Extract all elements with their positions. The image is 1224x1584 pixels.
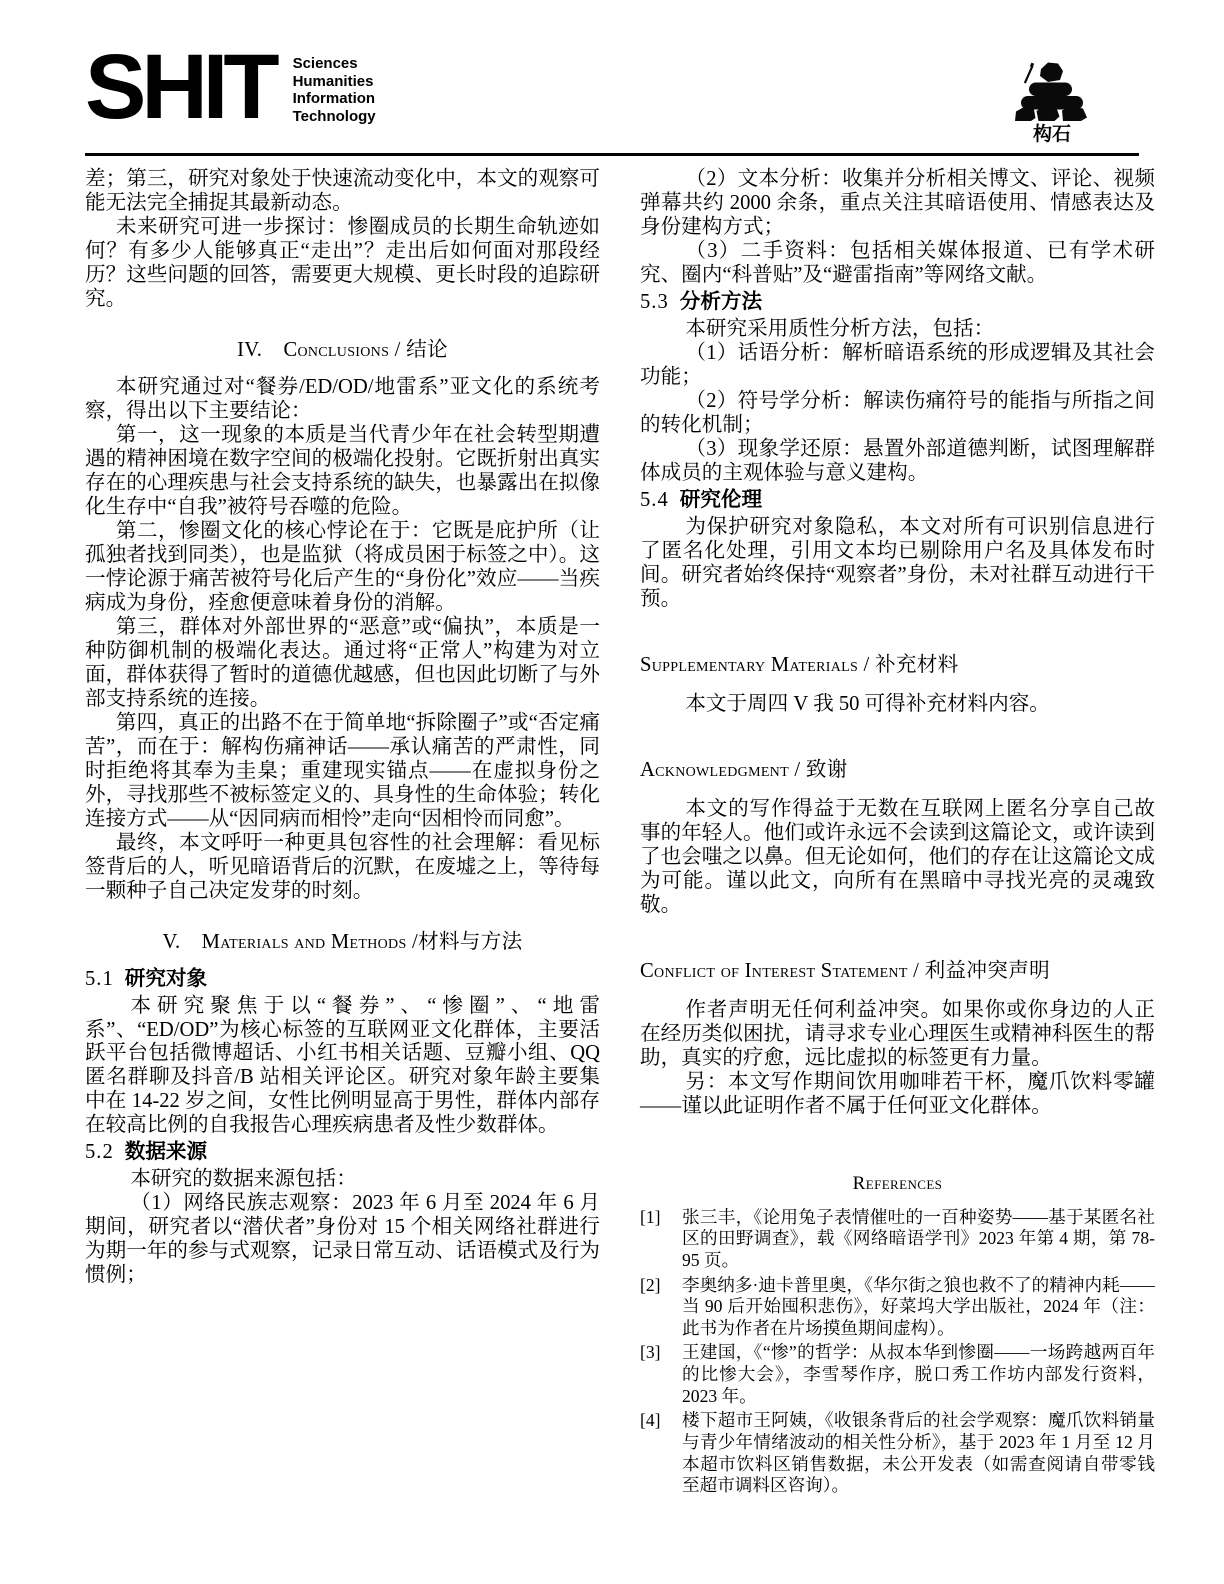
paragraph-conclusions-intro: 本研究通过对“餐券/ED/OD/地雷系”亚文化的系统考察，得出以下主要结论： xyxy=(85,376,600,424)
paragraph-acknowledgment: 本文的写作得益于无数在互联网上匿名分享自己故事的年轻人。他们或许永远不会读到这篇… xyxy=(640,798,1155,918)
publisher-name: 构石 xyxy=(1012,125,1092,144)
subsection-heading-research-subjects: 5.1研究对象 xyxy=(85,968,600,992)
publisher-mark: 构石 xyxy=(1012,60,1092,144)
left-column: 差；第三，研究对象处于快速流动变化中，本文的观察可能无法完全捕捉其最新动态。 未… xyxy=(85,168,600,1500)
reference-text: 楼下超市王阿姨，《收银条背后的社会学观察：魔爪饮料销量与青少年情绪波动的相关性分… xyxy=(667,1410,1155,1497)
paragraph-data-source-3: （3）二手资料：包括相关媒体报道、已有学术研究、圈内“科普贴”及“避雷指南”等网… xyxy=(640,240,1155,288)
subsection-number: 5.2 xyxy=(85,1141,114,1163)
paragraph-conclusion-3: 第三，群体对外部世界的“恶意”或“偏执”，本质是一种防御机制的极端化表达。通过将… xyxy=(85,616,600,712)
reference-text: 李奥纳多·迪卡普里奥，《华尔街之狼也救不了的精神内耗——当 90 后开始囤积悲伤… xyxy=(667,1275,1155,1340)
article-body: 差；第三，研究对象处于快速流动变化中，本文的观察可能无法完全捕捉其最新动态。 未… xyxy=(0,156,1224,1500)
stone-stack-icon xyxy=(1012,60,1092,123)
paragraph-analysis-1: （1）话语分析：解析暗语系统的形成逻辑及其社会功能； xyxy=(640,342,1155,390)
reference-item: [2] 李奥纳多·迪卡普里奥，《华尔街之狼也救不了的精神内耗——当 90 后开始… xyxy=(640,1275,1155,1340)
reference-item: [1] 张三丰，《论用兔子表情催吐的一百种姿势——基于某匿名社区的田野调查》，载… xyxy=(640,1207,1155,1272)
subsection-number: 5.3 xyxy=(640,291,669,313)
paragraph-conclusion-2: 第二，惨圈文化的核心悖论在于：它既是庇护所（让孤独者找到同类），也是监狱（将成员… xyxy=(85,520,600,616)
tagline-line: Technology xyxy=(293,108,376,126)
section-heading-conflict-of-interest: Conflict of Interest Statement / 利益冲突声明 xyxy=(640,960,1155,984)
journal-logo-text: SHIT xyxy=(85,50,275,125)
paragraph-future-research: 未来研究可进一步探讨：惨圈成员的长期生命轨迹如何？有多少人能够真正“走出”？走出… xyxy=(85,216,600,312)
journal-logo: SHIT Sciences Humanities Information Tec… xyxy=(85,50,376,126)
section-heading-materials-methods: V. Materials and Methods /材料与方法 xyxy=(85,931,600,955)
reference-number: [4] xyxy=(640,1410,667,1497)
reference-text: 张三丰，《论用兔子表情催吐的一百种姿势——基于某匿名社区的田野调查》，载《网络暗… xyxy=(667,1207,1155,1272)
reference-number: [2] xyxy=(640,1275,667,1340)
subsection-title: 研究对象 xyxy=(125,968,207,990)
subsection-heading-research-ethics: 5.4研究伦理 xyxy=(640,489,1155,513)
paragraph-data-sources-intro: 本研究的数据来源包括： xyxy=(85,1168,600,1192)
paragraph-conflict-statement: 作者声明无任何利益冲突。如果你或你身边的人正在经历类似困扰，请寻求专业心理医生或… xyxy=(640,999,1155,1071)
tagline-line: Information xyxy=(293,90,376,108)
page-header: SHIT Sciences Humanities Information Tec… xyxy=(0,0,1224,144)
reference-text: 王建国，《“惨”的哲学：从叔本华到惨圈——一场跨越两百年的比惨大会》，李雪琴作序… xyxy=(667,1342,1155,1407)
reference-number: [3] xyxy=(640,1342,667,1407)
references-list: [1] 张三丰，《论用兔子表情催吐的一百种姿势——基于某匿名社区的田野调查》，载… xyxy=(640,1207,1155,1497)
paragraph-data-source-2: （2）文本分析：收集并分析相关博文、评论、视频弹幕共约 2000 余条，重点关注… xyxy=(640,168,1155,240)
section-heading-acknowledgment: Acknowledgment / 致谢 xyxy=(640,759,1155,783)
reference-number: [1] xyxy=(640,1207,667,1272)
journal-page: SHIT Sciences Humanities Information Tec… xyxy=(0,0,1224,1584)
section-heading-supplementary: Supplementary Materials / 补充材料 xyxy=(640,654,1155,678)
paragraph-discussion-carryover: 差；第三，研究对象处于快速流动变化中，本文的观察可能无法完全捕捉其最新动态。 xyxy=(85,168,600,216)
subsection-title: 数据来源 xyxy=(125,1141,207,1163)
paragraph-conclusion-1: 第一，这一现象的本质是当代青少年在社会转型期遭遇的精神困境在数字空间的极端化投射… xyxy=(85,424,600,520)
section-heading-conclusions: IV. Conclusions / 结论 xyxy=(85,339,600,363)
paragraph-analysis-intro: 本研究采用质性分析方法，包括： xyxy=(640,318,1155,342)
paragraph-conclusion-final: 最终，本文呼吁一种更具包容性的社会理解：看见标签背后的人，听见暗语背后的沉默，在… xyxy=(85,832,600,904)
paragraph-analysis-2: （2）符号学分析：解读伤痛符号的能指与所指之间的转化机制； xyxy=(640,390,1155,438)
subsection-heading-data-sources: 5.2数据来源 xyxy=(85,1141,600,1165)
subsection-title: 研究伦理 xyxy=(680,489,762,511)
right-column: （2）文本分析：收集并分析相关博文、评论、视频弹幕共约 2000 余条，重点关注… xyxy=(640,168,1155,1500)
paragraph-research-ethics: 为保护研究对象隐私，本文对所有可识别信息进行了匿名化处理，引用文本均已剔除用户名… xyxy=(640,516,1155,612)
tagline-line: Humanities xyxy=(293,73,376,91)
paragraph-conflict-note: 另：本文写作期间饮用咖啡若干杯，魔爪饮料零罐——谨以此证明作者不属于任何亚文化群… xyxy=(640,1071,1155,1119)
subsection-heading-analysis-methods: 5.3分析方法 xyxy=(640,291,1155,315)
reference-item: [4] 楼下超市王阿姨，《收银条背后的社会学观察：魔爪饮料销量与青少年情绪波动的… xyxy=(640,1410,1155,1497)
paragraph-supplementary: 本文于周四 V 我 50 可得补充材料内容。 xyxy=(640,693,1155,717)
paragraph-research-subjects: 本研究聚焦于以“餐券”、“惨圈”、“地雷系”、“ED/OD”为核心标签的互联网亚… xyxy=(85,995,600,1139)
tagline-line: Sciences xyxy=(293,55,376,73)
paragraph-analysis-3: （3）现象学还原：悬置外部道德判断，试图理解群体成员的主观体验与意义建构。 xyxy=(640,438,1155,486)
subsection-number: 5.4 xyxy=(640,489,669,511)
subsection-number: 5.1 xyxy=(85,968,114,990)
subsection-title: 分析方法 xyxy=(680,291,762,313)
reference-item: [3] 王建国，《“惨”的哲学：从叔本华到惨圈——一场跨越两百年的比惨大会》，李… xyxy=(640,1342,1155,1407)
journal-logo-tagline: Sciences Humanities Information Technolo… xyxy=(293,50,376,126)
section-heading-references: References xyxy=(640,1173,1155,1195)
paragraph-conclusion-4: 第四，真正的出路不在于简单地“拆除圈子”或“否定痛苦”，而在于：解构伤痛神话——… xyxy=(85,712,600,832)
paragraph-data-source-1: （1）网络民族志观察：2023 年 6 月至 2024 年 6 月期间，研究者以… xyxy=(85,1192,600,1288)
